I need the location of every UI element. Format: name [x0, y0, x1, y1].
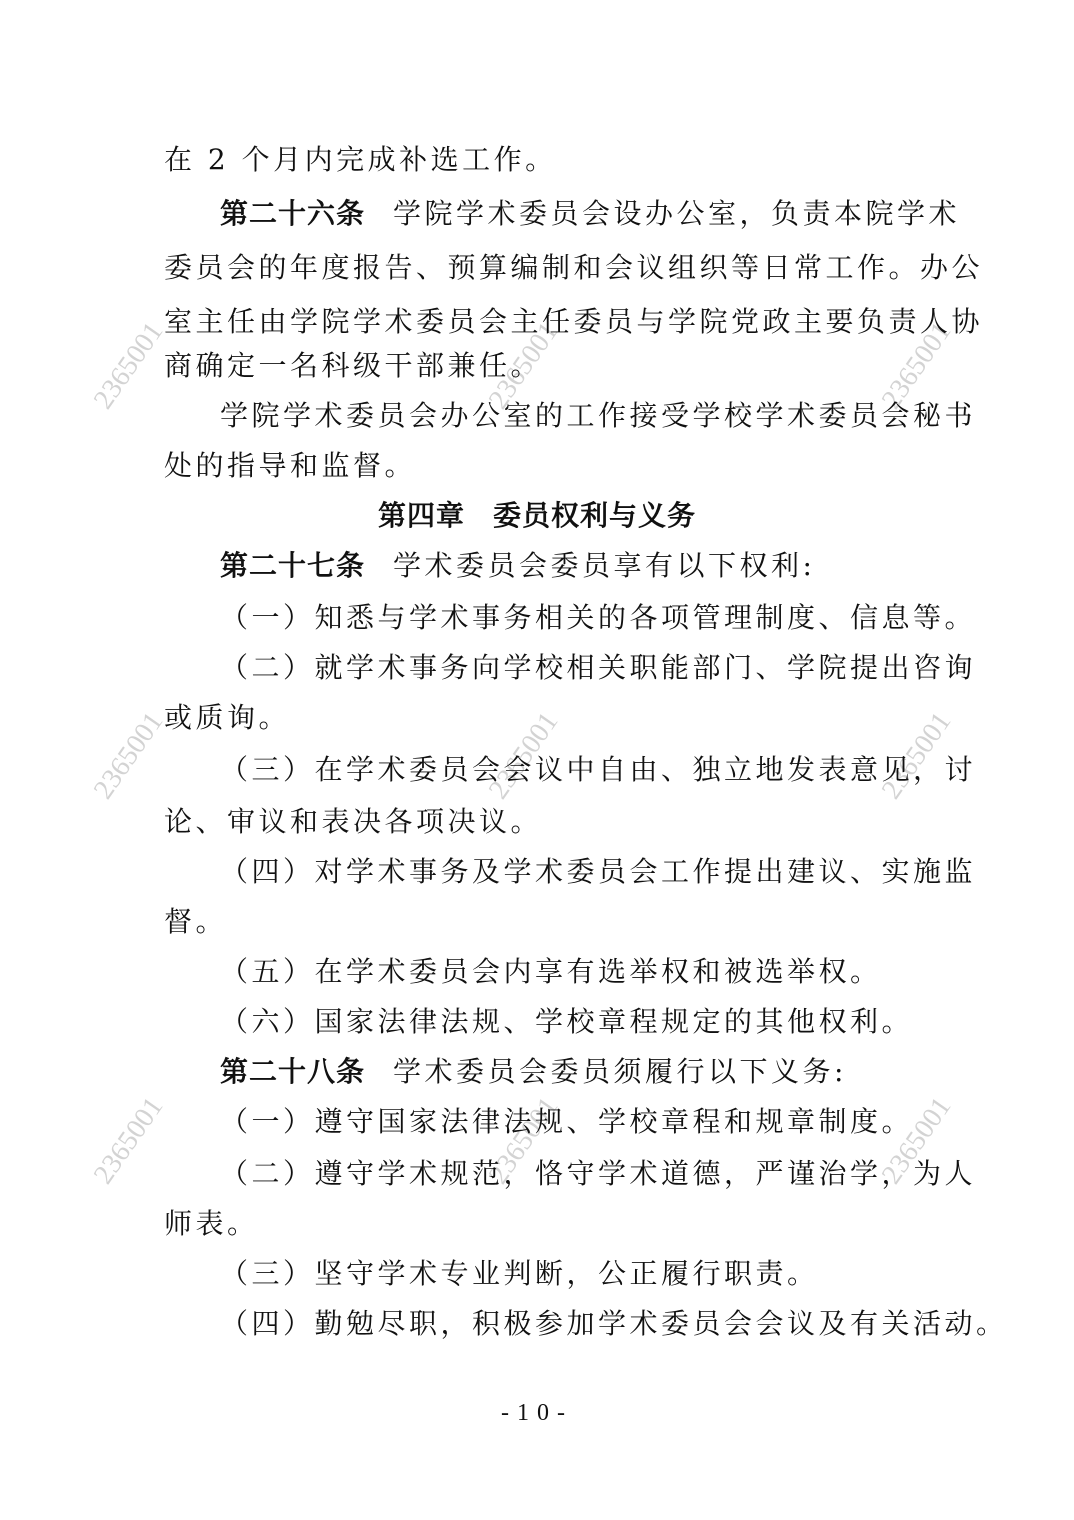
paragraph-line: 师表。	[164, 1206, 909, 1242]
article-text: 学术委员会委员享有以下权利:	[393, 549, 815, 582]
list-item: （二）就学术事务向学校相关职能部门、学院提出咨询	[220, 650, 910, 686]
list-item: （四）对学术事务及学术委员会工作提出建议、实施监	[220, 854, 910, 890]
list-item: （二）遵守学术规范，恪守学术道德，严谨治学，为人	[220, 1156, 910, 1192]
article-28-heading: 第二十八条学术委员会委员须履行以下义务:	[220, 1054, 910, 1090]
paragraph-line: 论、审议和表决各项决议。	[164, 804, 909, 840]
chapter-title: 委员权利与义务	[493, 499, 696, 532]
article-26-heading: 第二十六条学院学术委员会设办公室，负责本院学术	[220, 196, 910, 232]
article-number: 第二十六条	[220, 197, 365, 230]
list-item: （三）坚守学术专业判断，公正履行职责。	[220, 1256, 910, 1292]
paragraph-line: 学院学术委员会办公室的工作接受学校学术委员会秘书	[220, 398, 910, 434]
paragraph-line: 在 2 个月内完成补选工作。	[164, 142, 909, 178]
article-text: 学院学术委员会设办公室，负责本院学术	[393, 197, 960, 230]
list-item: （三）在学术委员会会议中自由、独立地发表意见，讨	[220, 752, 910, 788]
list-item: （六）国家法律法规、学校章程规定的其他权利。	[220, 1004, 910, 1040]
watermark: 2365001	[88, 707, 170, 806]
chapter-number: 第四章	[378, 499, 465, 532]
list-item: （五）在学术委员会内享有选举权和被选举权。	[220, 954, 910, 990]
article-text: 学术委员会委员须履行以下义务:	[393, 1055, 847, 1088]
watermark: 2365001	[88, 317, 170, 416]
page-number: -10-	[0, 1400, 1074, 1427]
paragraph-line: 委员会的年度报告、预算编制和会议组织等日常工作。办公	[164, 250, 909, 286]
chapter-heading: 第四章委员权利与义务	[0, 498, 1074, 534]
watermark: 2365001	[88, 1092, 170, 1191]
article-27-heading: 第二十七条学术委员会委员享有以下权利:	[220, 548, 910, 584]
article-number: 第二十八条	[220, 1055, 365, 1088]
article-number: 第二十七条	[220, 549, 365, 582]
paragraph-line: 或质询。	[164, 700, 909, 736]
list-item: （四）勤勉尽职，积极参加学术委员会会议及有关活动。	[220, 1306, 910, 1342]
paragraph-line: 督。	[164, 904, 909, 940]
paragraph-line: 商确定一名科级干部兼任。	[164, 348, 909, 384]
paragraph-line: 室主任由学院学术委员会主任委员与学院党政主要负责人协	[164, 304, 909, 340]
paragraph-line: 处的指导和监督。	[164, 448, 909, 484]
list-item: （一）遵守国家法律法规、学校章程和规章制度。	[220, 1104, 910, 1140]
document-page: 2365001 2365001 2365001 2365001 2365001 …	[0, 0, 1074, 1520]
list-item: （一）知悉与学术事务相关的各项管理制度、信息等。	[220, 600, 910, 636]
